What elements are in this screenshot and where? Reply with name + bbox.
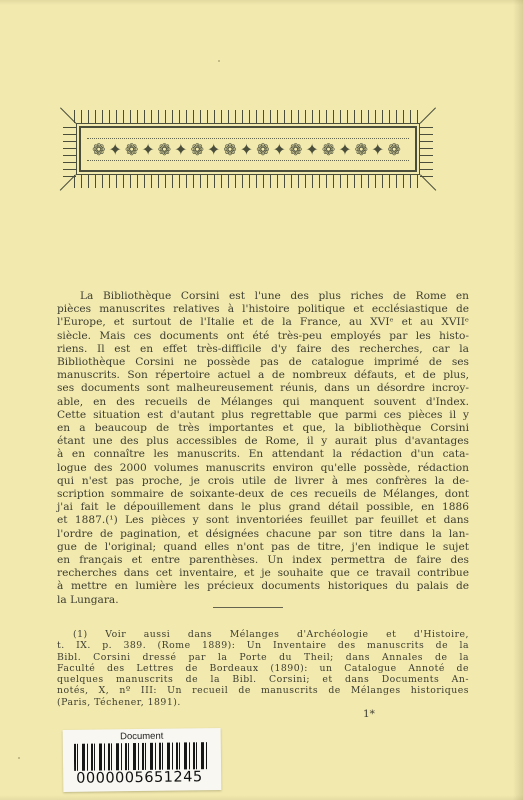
ornament-fringe-right [420,121,433,177]
barcode-label: Document [63,728,221,743]
ornamental-headpiece: ❁✦❁✦❁✦❁✦❁✦❁✦❁✦❁✦❁✦❁ [60,107,436,191]
main-paragraph: La Bibliothèque Corsini est l'une des pl… [57,290,469,607]
ornament-fringe-left [63,121,76,177]
footnote-last-line: (Paris, Téchener, 1891). [57,697,469,708]
scanned-book-page: ❁✦❁✦❁✦❁✦❁✦❁✦❁✦❁✦❁✦❁ La Bibliothèque Cors… [0,0,523,800]
scan-speck [218,60,220,62]
barcode-icon [74,742,209,771]
paragraph-body: La Bibliothèque Corsini est l'une des pl… [57,290,469,594]
scan-speck [18,757,20,759]
footnote-separator [213,607,283,608]
ornament-fringe-top [74,110,422,123]
barcode-number: 0000005651245 [63,769,221,788]
ornament-fringe-bottom [74,175,422,188]
ornament-frame: ❁✦❁✦❁✦❁✦❁✦❁✦❁✦❁✦❁✦❁ [76,123,420,175]
page-number: 1* [363,708,375,720]
footnote-body: (1) Voir aussi dans Mélanges d'Archéolog… [57,629,469,697]
footnote: (1) Voir aussi dans Mélanges d'Archéolog… [57,629,469,708]
ornament-rosette-pattern: ❁✦❁✦❁✦❁✦❁✦❁✦❁✦❁✦❁✦❁ [87,138,409,161]
ornament-frame-inner: ❁✦❁✦❁✦❁✦❁✦❁✦❁✦❁✦❁✦❁ [79,126,417,172]
paragraph-last-line: la Lungara. [57,594,469,607]
barcode-sticker: Document 0000005651245 [63,728,222,792]
